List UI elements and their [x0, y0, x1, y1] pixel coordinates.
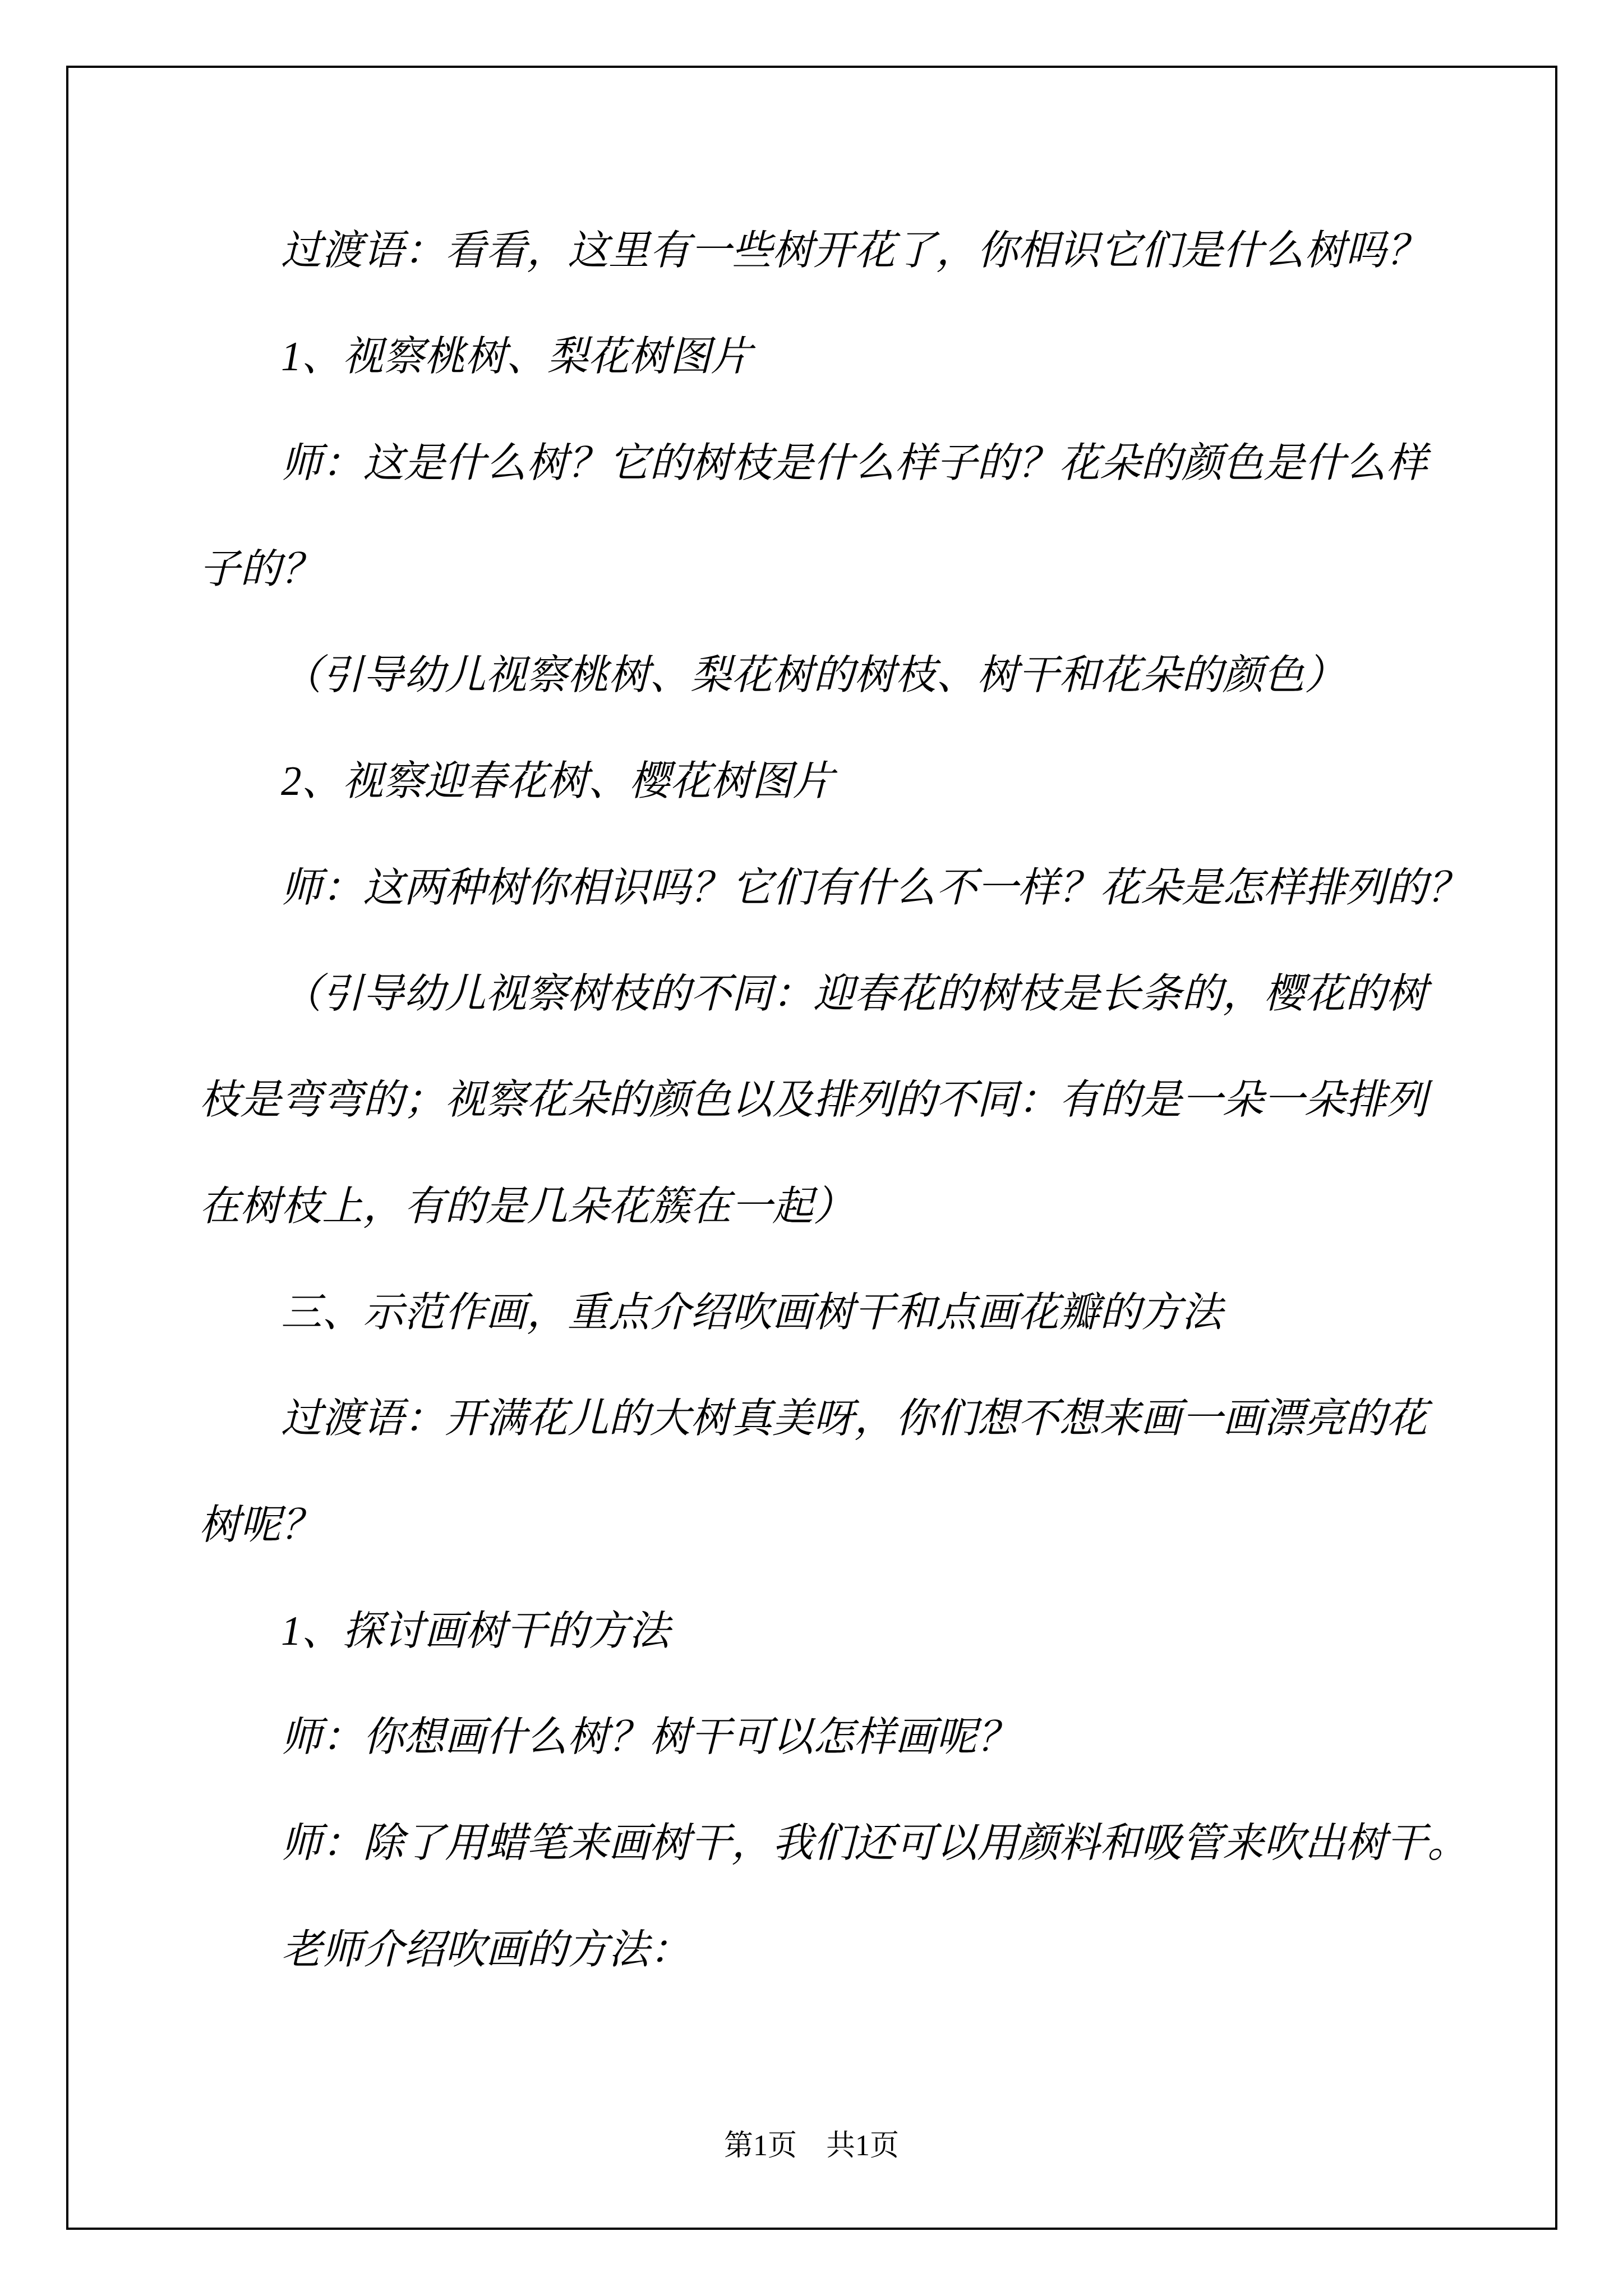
text-line: 过渡语：开满花儿的大树真美呀，你们想不想来画一画漂亮的花 — [199, 1365, 1427, 1471]
page-footer: 第1页 共1页 — [0, 2129, 1623, 2163]
text-line: （引导幼儿视察桃树、梨花树的树枝、树干和花朵的颜色） — [199, 622, 1427, 728]
text-line: 2、视察迎春花树、樱花树图片 — [199, 728, 1427, 834]
text-line: 枝是弯弯的；视察花朵的颜色以及排列的不同：有的是一朵一朵排列 — [199, 1047, 1427, 1153]
text-line: 师：这是什么树？它的树枝是什么样子的？花朵的颜色是什么样 — [199, 410, 1427, 516]
text-line: 师：这两种树你相识吗？它们有什么不一样？花朵是怎样排列的？ — [199, 835, 1427, 941]
text-line: 过渡语：看看，这里有一些树开花了，你相识它们是什么树吗？ — [199, 197, 1427, 303]
text-line: 1、视察桃树、梨花树图片 — [199, 303, 1427, 409]
document-body: 过渡语：看看，这里有一些树开花了，你相识它们是什么树吗？ 1、视察桃树、梨花树图… — [199, 197, 1427, 2003]
text-line: 师：你想画什么树？树干可以怎样画呢？ — [199, 1684, 1427, 1790]
text-line: 老师介绍吹画的方法： — [199, 1897, 1427, 2003]
text-line: 1、探讨画树干的方法 — [199, 1578, 1427, 1684]
text-line: 子的？ — [199, 516, 1427, 622]
text-line: 在树枝上，有的是几朵花簇在一起） — [199, 1153, 1427, 1259]
text-line: （引导幼儿视察树枝的不同：迎春花的树枝是长条的，樱花的树 — [199, 941, 1427, 1047]
text-line: 三、示范作画，重点介绍吹画树干和点画花瓣的方法 — [199, 1259, 1427, 1365]
text-line: 树呢？ — [199, 1472, 1427, 1578]
document-page: 过渡语：看看，这里有一些树开花了，你相识它们是什么树吗？ 1、视察桃树、梨花树图… — [0, 0, 1623, 2296]
text-line: 师：除了用蜡笔来画树干，我们还可以用颜料和吸管来吹出树干。 — [199, 1790, 1427, 1896]
